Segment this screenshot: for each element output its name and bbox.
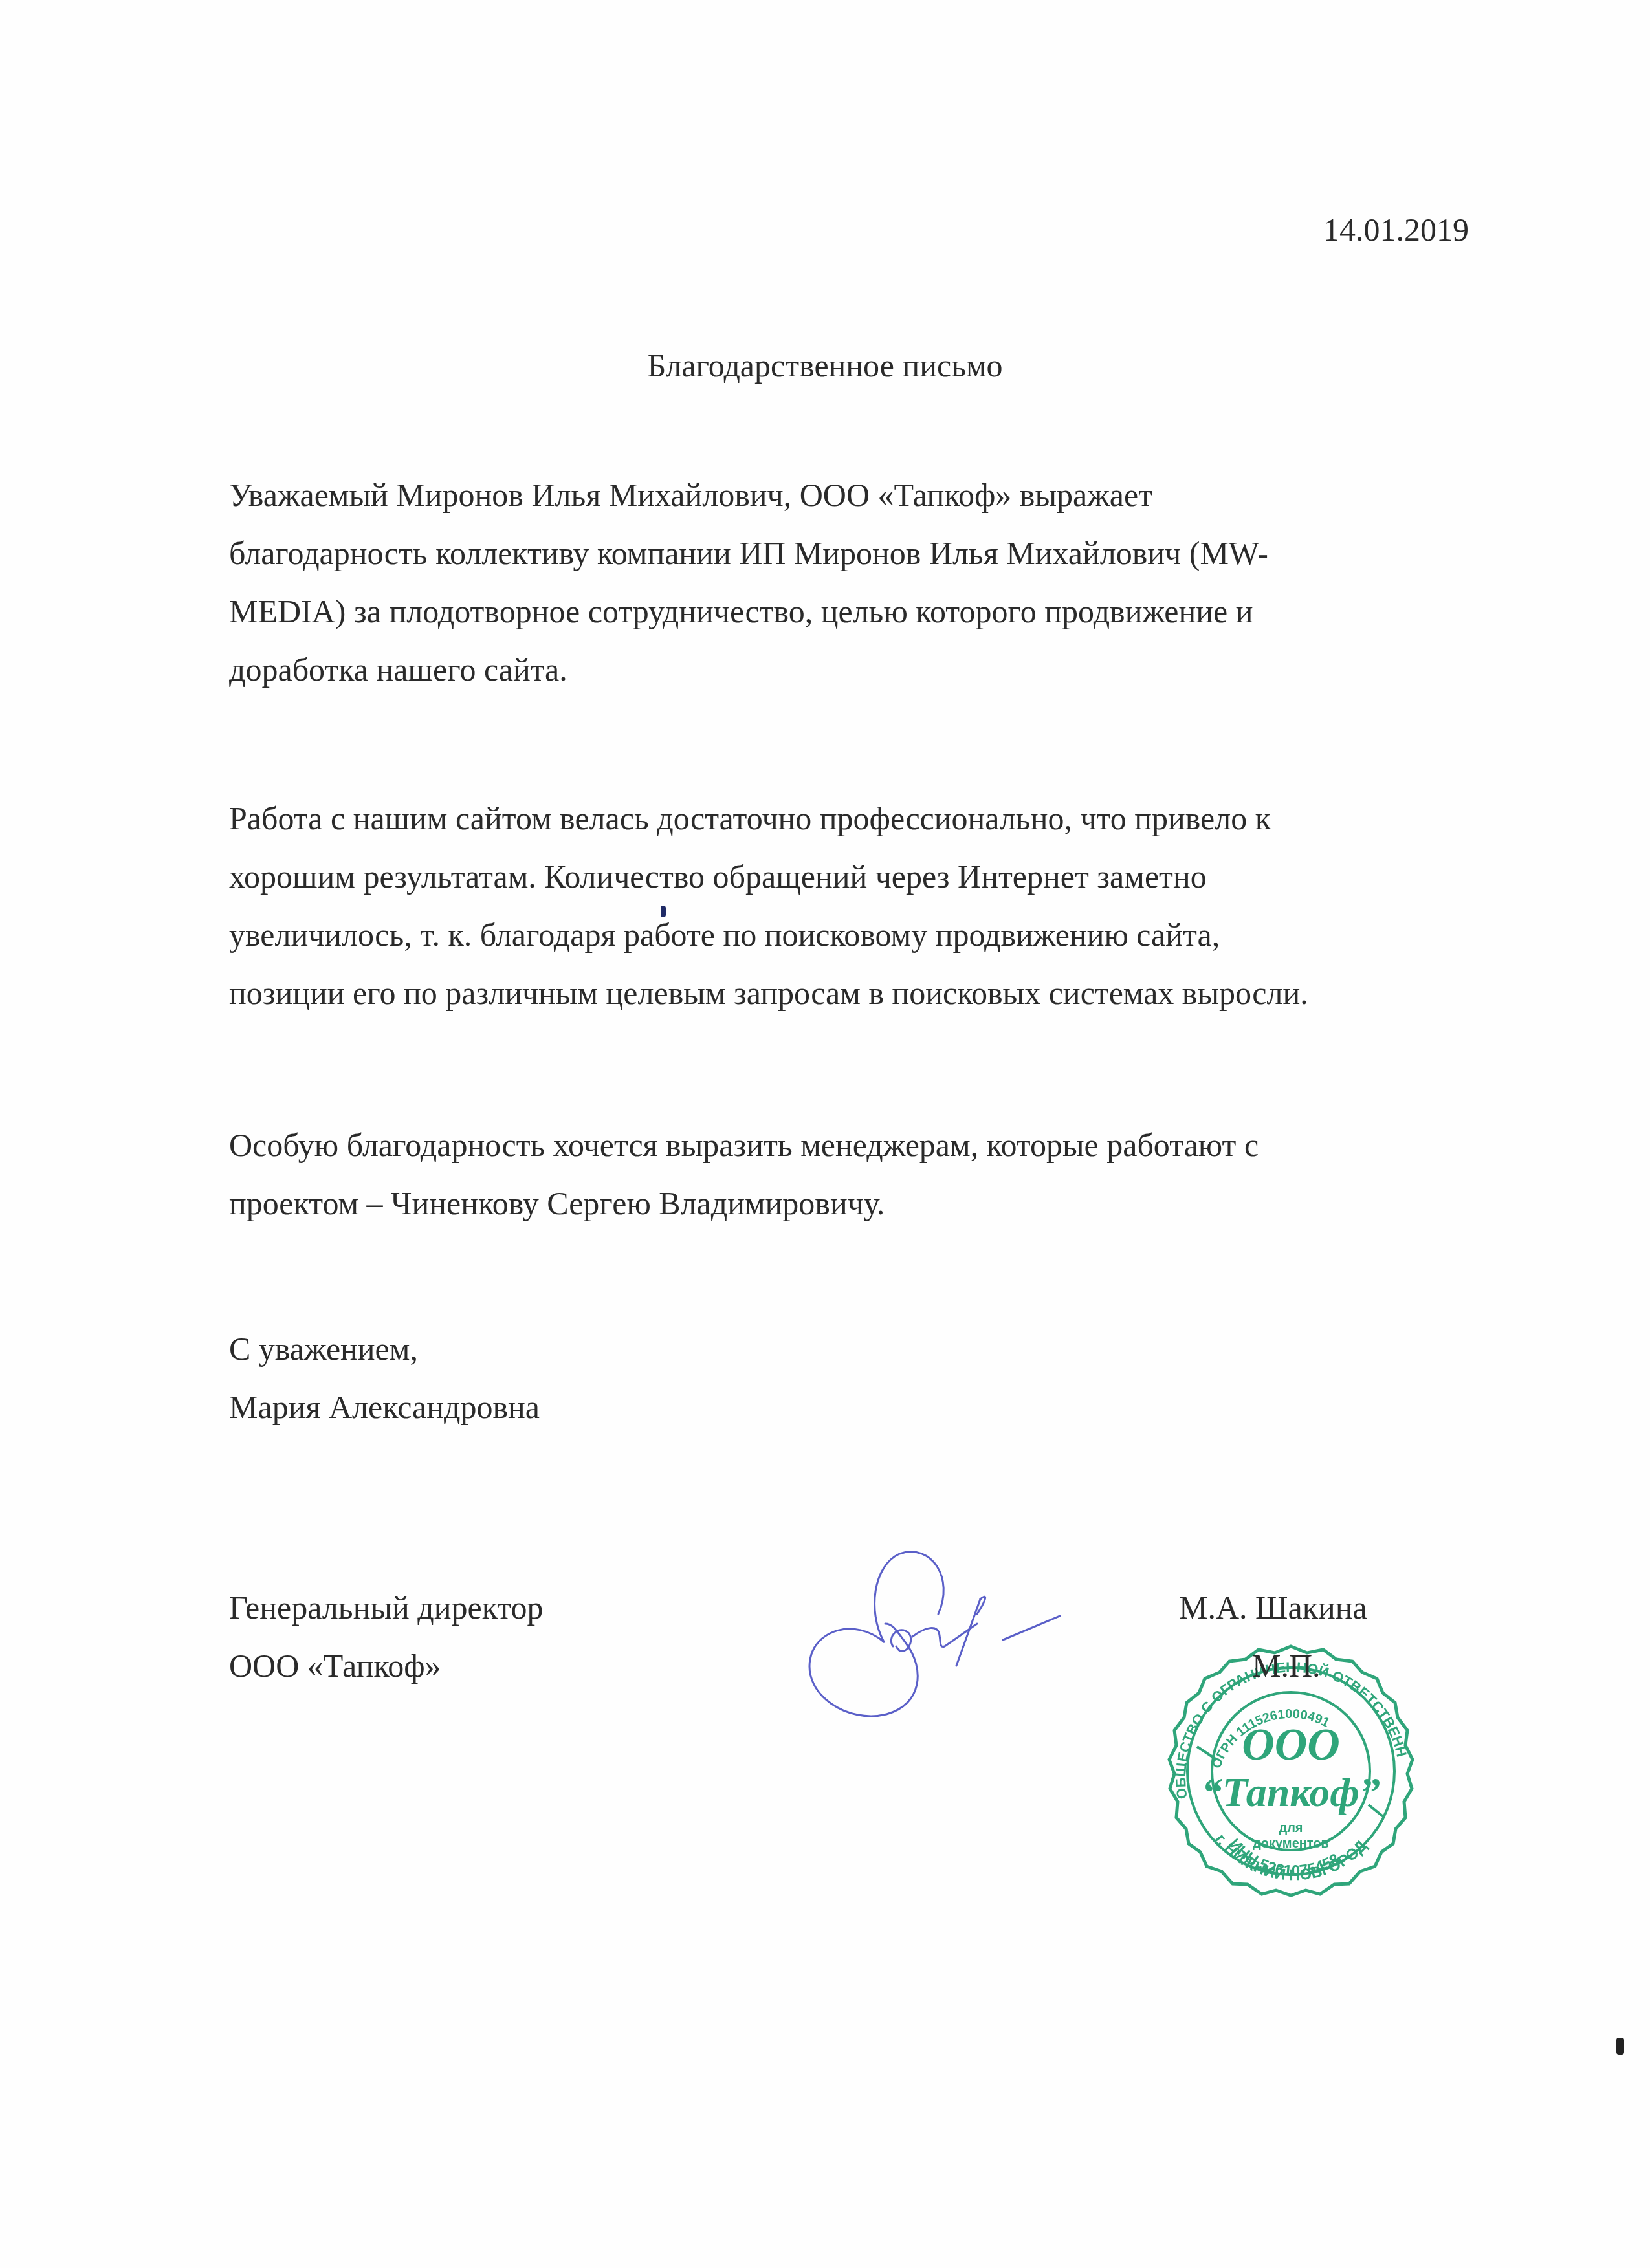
stamp-purpose-1: для (1279, 1821, 1303, 1835)
handwritten-signature (789, 1540, 1061, 1727)
closing-regards: С уважением, (229, 1333, 418, 1365)
signer-position: Генеральный директор (229, 1591, 543, 1624)
stamp-purpose-2: документов (1253, 1837, 1329, 1851)
paragraph-1-line-4: доработка нашего сайта. (229, 653, 567, 686)
paragraph-1-line-3: MEDIA) за плодотворное сотрудничество, ц… (229, 595, 1253, 627)
letter-page: 14.01.2019 Благодарственное письмо Уважа… (0, 0, 1650, 2268)
signer-name: М.А. Шакина (1179, 1591, 1367, 1624)
letter-date: 14.01.2019 (1323, 213, 1469, 246)
seal-place-label: М.П. (1252, 1650, 1321, 1682)
stamp-center-top: ООО (1242, 1720, 1340, 1770)
scan-speck (1616, 2038, 1624, 2055)
paragraph-2-line-1: Работа с нашим сайтом велась достаточно … (229, 802, 1271, 834)
signer-company: ООО «Тапкоф» (229, 1650, 441, 1682)
paragraph-1-line-2: благодарность коллективу компании ИП Мир… (229, 537, 1268, 569)
paragraph-2-line-4: позиции его по различным целевым запроса… (229, 977, 1308, 1009)
letter-title: Благодарственное письмо (0, 349, 1650, 382)
scan-speck (661, 906, 666, 917)
paragraph-3-line-1: Особую благодарность хочется выразить ме… (229, 1129, 1259, 1161)
paragraph-3-line-2: проектом – Чиненкову Сергею Владимирович… (229, 1187, 885, 1219)
closing-name: Мария Александровна (229, 1391, 540, 1423)
paragraph-1-line-1: Уважаемый Миронов Илья Михайлович, ООО «… (229, 479, 1152, 511)
paragraph-2-line-3: увеличилось, т. к. благодаря работе по п… (229, 919, 1220, 951)
stamp-center-name: “Тапкоф” (1202, 1769, 1380, 1815)
paragraph-2-line-2: хорошим результатам. Количество обращени… (229, 860, 1207, 893)
